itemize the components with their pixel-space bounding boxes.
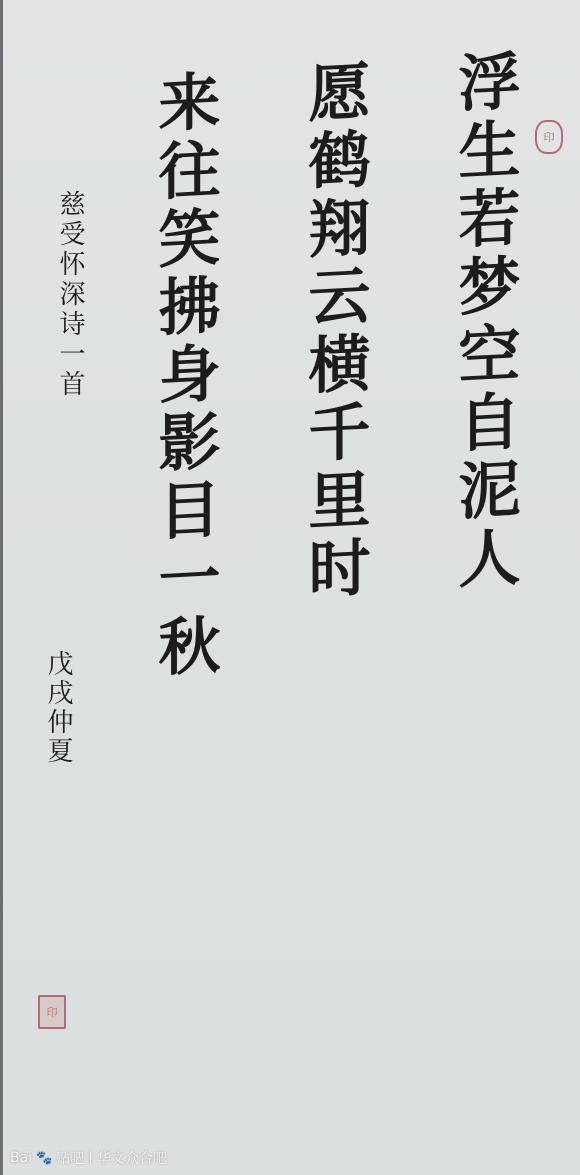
- seal-stamp-top: 印: [535, 120, 563, 154]
- watermark-forum: 华文众合吧: [97, 1148, 167, 1168]
- inscription: 慈受怀深诗一首: [52, 190, 89, 400]
- scroll-edge: [0, 0, 3, 1175]
- calligraphy-column-2: 愿鹤翔云横千里时: [290, 58, 379, 1143]
- paw-icon: 🐾: [36, 1151, 52, 1166]
- seal-stamp-bottom: 印: [38, 995, 66, 1029]
- calligraphy-scroll: 浮生若梦空自泥人 愿鹤翔云横千里时 来往笑拂身影目一秋 慈受怀深诗一首 戊戌仲夏…: [0, 0, 580, 1175]
- watermark-brand: Bai: [10, 1150, 32, 1166]
- calligraphy-column-1: 浮生若梦空自泥人: [440, 48, 529, 1133]
- watermark-brand-suffix: 贴吧: [56, 1148, 84, 1168]
- calligraphy-column-3: 来往笑拂身影目一秋: [140, 68, 229, 973]
- watermark-separator: |: [88, 1150, 93, 1166]
- signature: 戊戌仲夏: [40, 650, 77, 766]
- baidu-tieba-watermark: Bai 🐾 贴吧 | 华文众合吧: [10, 1148, 167, 1168]
